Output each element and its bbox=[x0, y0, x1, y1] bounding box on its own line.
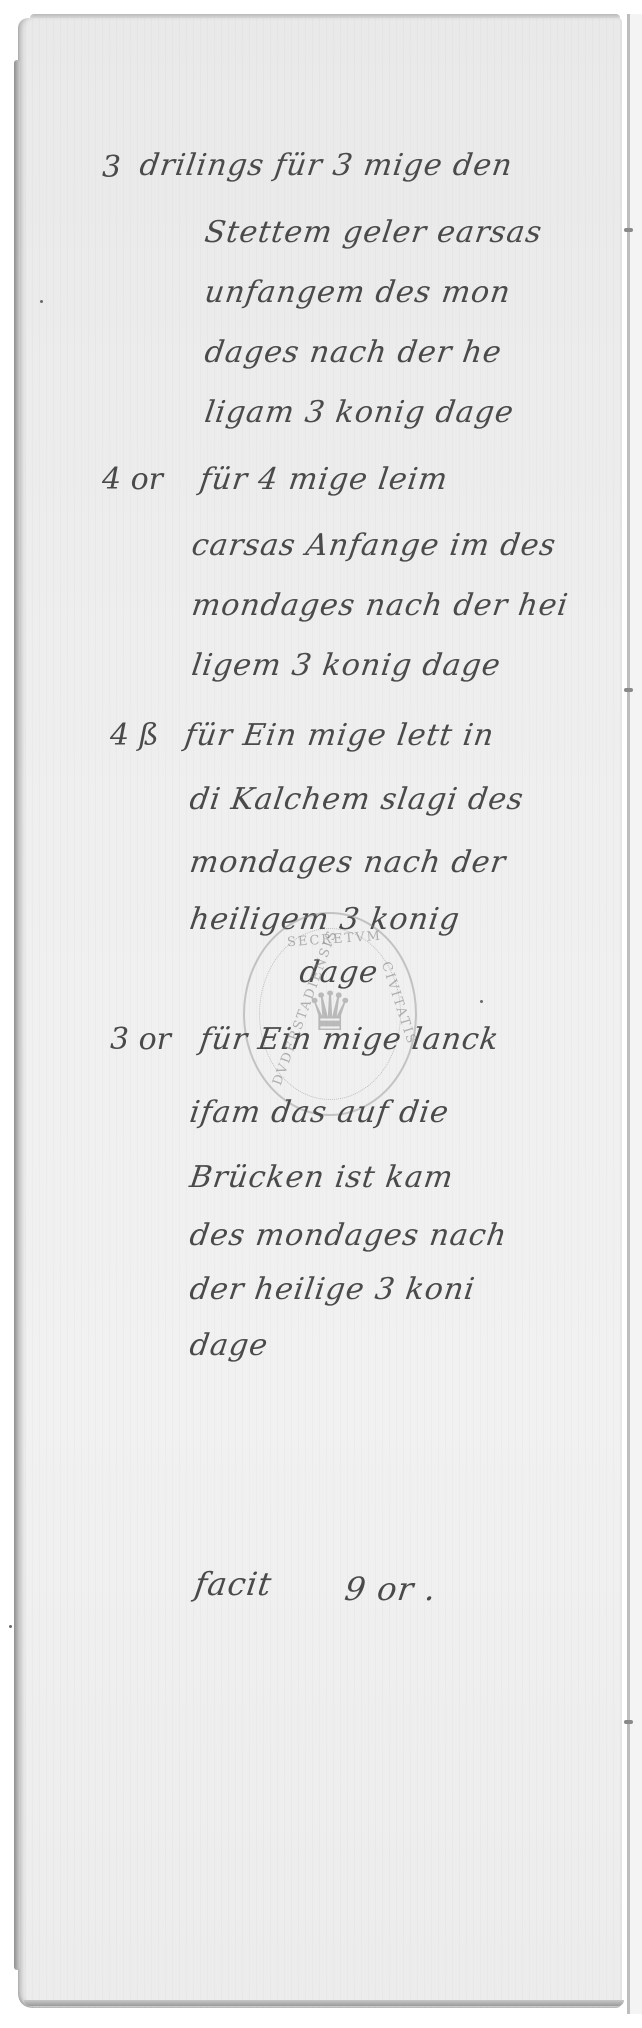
total-label: facit bbox=[192, 1565, 274, 1603]
entry-line: der heilige 3 koni bbox=[188, 1272, 478, 1307]
entry-line: di Kalchem slagi des bbox=[188, 782, 527, 817]
ink-speck bbox=[40, 300, 43, 303]
archive-seal-stamp: SECRETVM DVDERSTADIENSIS CIVITATIS ♛ bbox=[243, 912, 417, 1116]
entry-amount: 4 or bbox=[102, 462, 163, 497]
entry-line: für 4 mige leim bbox=[198, 462, 451, 497]
entry-line: des mondages nach bbox=[188, 1218, 510, 1253]
ink-speck bbox=[9, 1625, 12, 1628]
entry-amount: 4 ß bbox=[110, 718, 159, 753]
binding-thread-mark bbox=[624, 1720, 633, 1724]
entry-line: ligem 3 konig dage bbox=[190, 648, 504, 683]
entry-line: dage bbox=[188, 1328, 271, 1363]
page-left-edge bbox=[14, 60, 20, 1970]
entry-line: carsas Anfange im des bbox=[190, 528, 559, 563]
entry-line: ligam 3 konig dage bbox=[203, 395, 517, 430]
entry-line: für Ein mige lanck bbox=[198, 1022, 502, 1057]
entry-line: unfangem des mon bbox=[203, 275, 514, 310]
ink-speck bbox=[480, 1000, 483, 1003]
binding-thread-mark bbox=[624, 228, 633, 232]
entry-line: mondages nach der hei bbox=[190, 588, 571, 623]
entry-line: für Ein mige lett in bbox=[183, 718, 497, 753]
entry-line: Brücken ist kam bbox=[188, 1160, 456, 1195]
entry-amount: 3 or bbox=[110, 1022, 171, 1057]
page-bottom-edge bbox=[24, 2000, 624, 2006]
binding-thread-mark bbox=[624, 688, 633, 692]
adjacent-page-strip bbox=[630, 14, 642, 2014]
entry-line: mondages nach der bbox=[188, 845, 509, 880]
entry-line: dages nach der he bbox=[203, 335, 505, 370]
total-value: 9 or . bbox=[342, 1570, 439, 1608]
entry-line: drilings für 3 mige den bbox=[138, 148, 515, 183]
entry-line: Stettem geler earsas bbox=[203, 215, 545, 250]
entry-line: ifam das auf die bbox=[188, 1095, 452, 1130]
entry-amount: 3 bbox=[102, 150, 121, 185]
